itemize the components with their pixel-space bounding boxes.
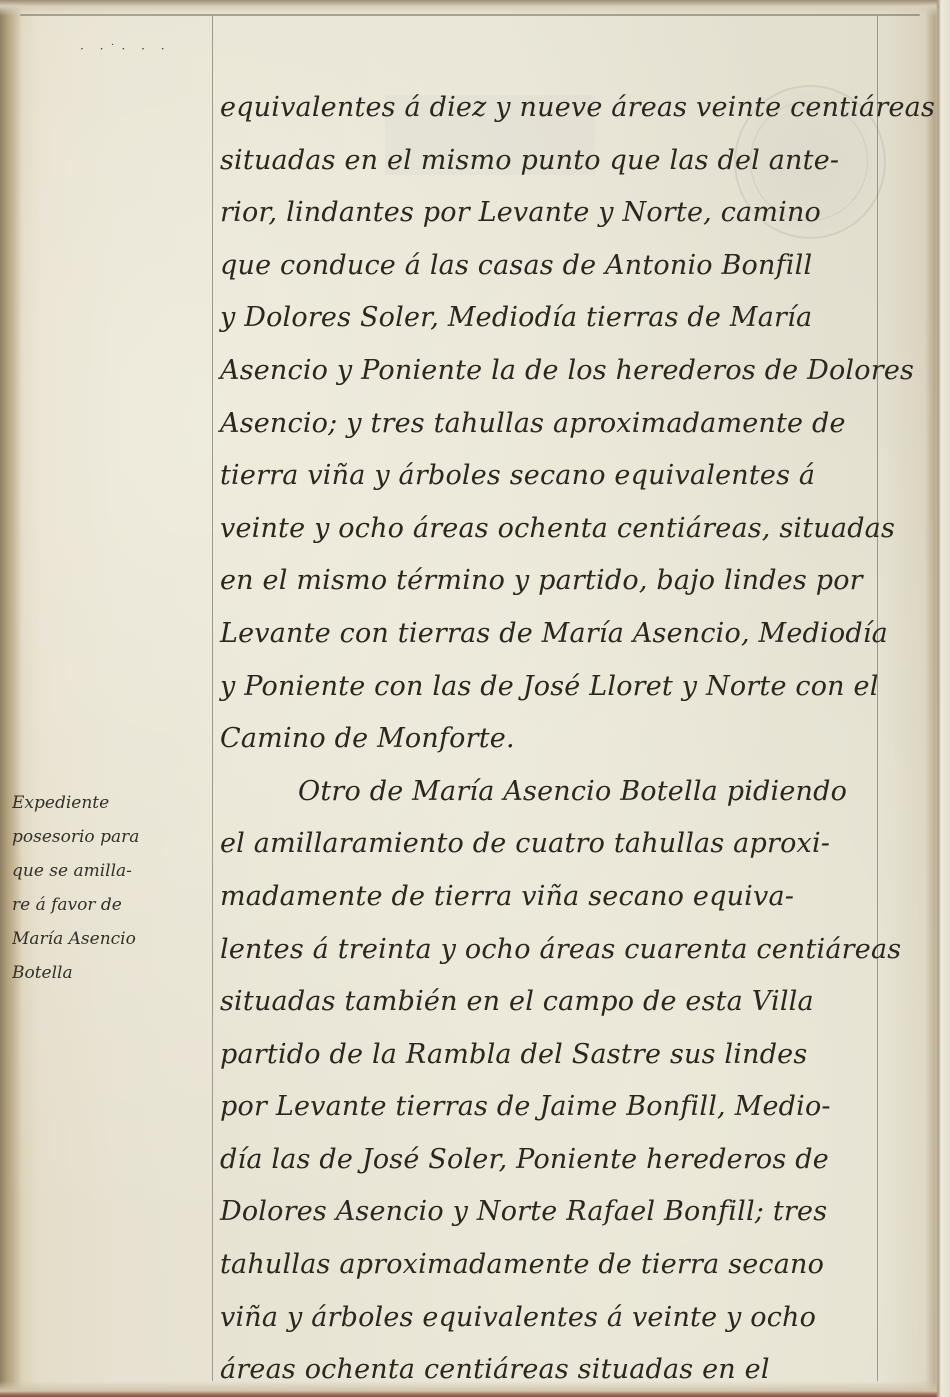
text-line: tierra viña y árboles secano equivalente… bbox=[220, 450, 870, 503]
text-line: Asencio y Poniente la de los herederos d… bbox=[220, 345, 870, 398]
main-text-body: equivalentes á diez y nueve áreas veinte… bbox=[220, 82, 870, 1397]
paragraph-start-line: Otro de María Asencio Botella pidiendo bbox=[220, 766, 870, 819]
text-line: tahullas aproximadamente de tierra secan… bbox=[220, 1239, 870, 1292]
torn-edge-line bbox=[20, 14, 920, 16]
text-line: situadas en el mismo punto que las del a… bbox=[220, 135, 870, 188]
text-line: rior, lindantes por Levante y Norte, cam… bbox=[220, 187, 870, 240]
text-line: día las de José Soler, Poniente heredero… bbox=[220, 1134, 870, 1187]
text-line: veinte y ocho áreas ochenta centiáreas, … bbox=[220, 503, 870, 556]
margin-note: Expediente posesorio para que se amilla-… bbox=[12, 786, 212, 990]
text-line: lentes á treinta y ocho áreas cuarenta c… bbox=[220, 924, 870, 977]
text-line: Asencio; y tres tahullas aproximadamente… bbox=[220, 398, 870, 451]
text-line: Levante con tierras de María Asencio, Me… bbox=[220, 608, 870, 661]
manuscript-page: · ·˙· · · Expediente posesorio para que … bbox=[0, 0, 950, 1397]
text-line: madamente de tierra viña secano equiva- bbox=[220, 871, 870, 924]
text-line: partido de la Rambla del Sastre sus lind… bbox=[220, 1029, 870, 1082]
page-right-edge bbox=[936, 0, 950, 1397]
text-line: por Levante tierras de Jaime Bonfill, Me… bbox=[220, 1081, 870, 1134]
text-line: viña y árboles equivalentes á veinte y o… bbox=[220, 1292, 870, 1345]
margin-note-line: que se amilla- bbox=[12, 854, 212, 888]
text-line: Camino de Monforte. bbox=[220, 713, 870, 766]
text-line: el amillaramiento de cuatro tahullas apr… bbox=[220, 818, 870, 871]
text-line: equivalentes á diez y nueve áreas veinte… bbox=[220, 82, 870, 135]
text-line: situadas también en el campo de esta Vil… bbox=[220, 976, 870, 1029]
binding-shadow bbox=[0, 0, 22, 1397]
margin-note-line: María Asencio bbox=[12, 922, 212, 956]
ink-specks: · ·˙· · · bbox=[80, 42, 171, 56]
margin-note-line: re á favor de bbox=[12, 888, 212, 922]
text-line: en el mismo término y partido, bajo lind… bbox=[220, 555, 870, 608]
margin-note-line: Botella bbox=[12, 956, 212, 990]
text-line: Dolores Asencio y Norte Rafael Bonfill; … bbox=[220, 1186, 870, 1239]
margin-rule-line bbox=[212, 16, 213, 1381]
text-line: que conduce á las casas de Antonio Bonfi… bbox=[220, 240, 870, 293]
text-line: áreas ochenta centiáreas situadas en el bbox=[220, 1344, 870, 1397]
margin-note-line: Expediente bbox=[12, 786, 212, 820]
text-line: y Dolores Soler, Mediodía tierras de Mar… bbox=[220, 292, 870, 345]
margin-note-line: posesorio para bbox=[12, 820, 212, 854]
text-line: y Poniente con las de José Lloret y Nort… bbox=[220, 661, 870, 714]
